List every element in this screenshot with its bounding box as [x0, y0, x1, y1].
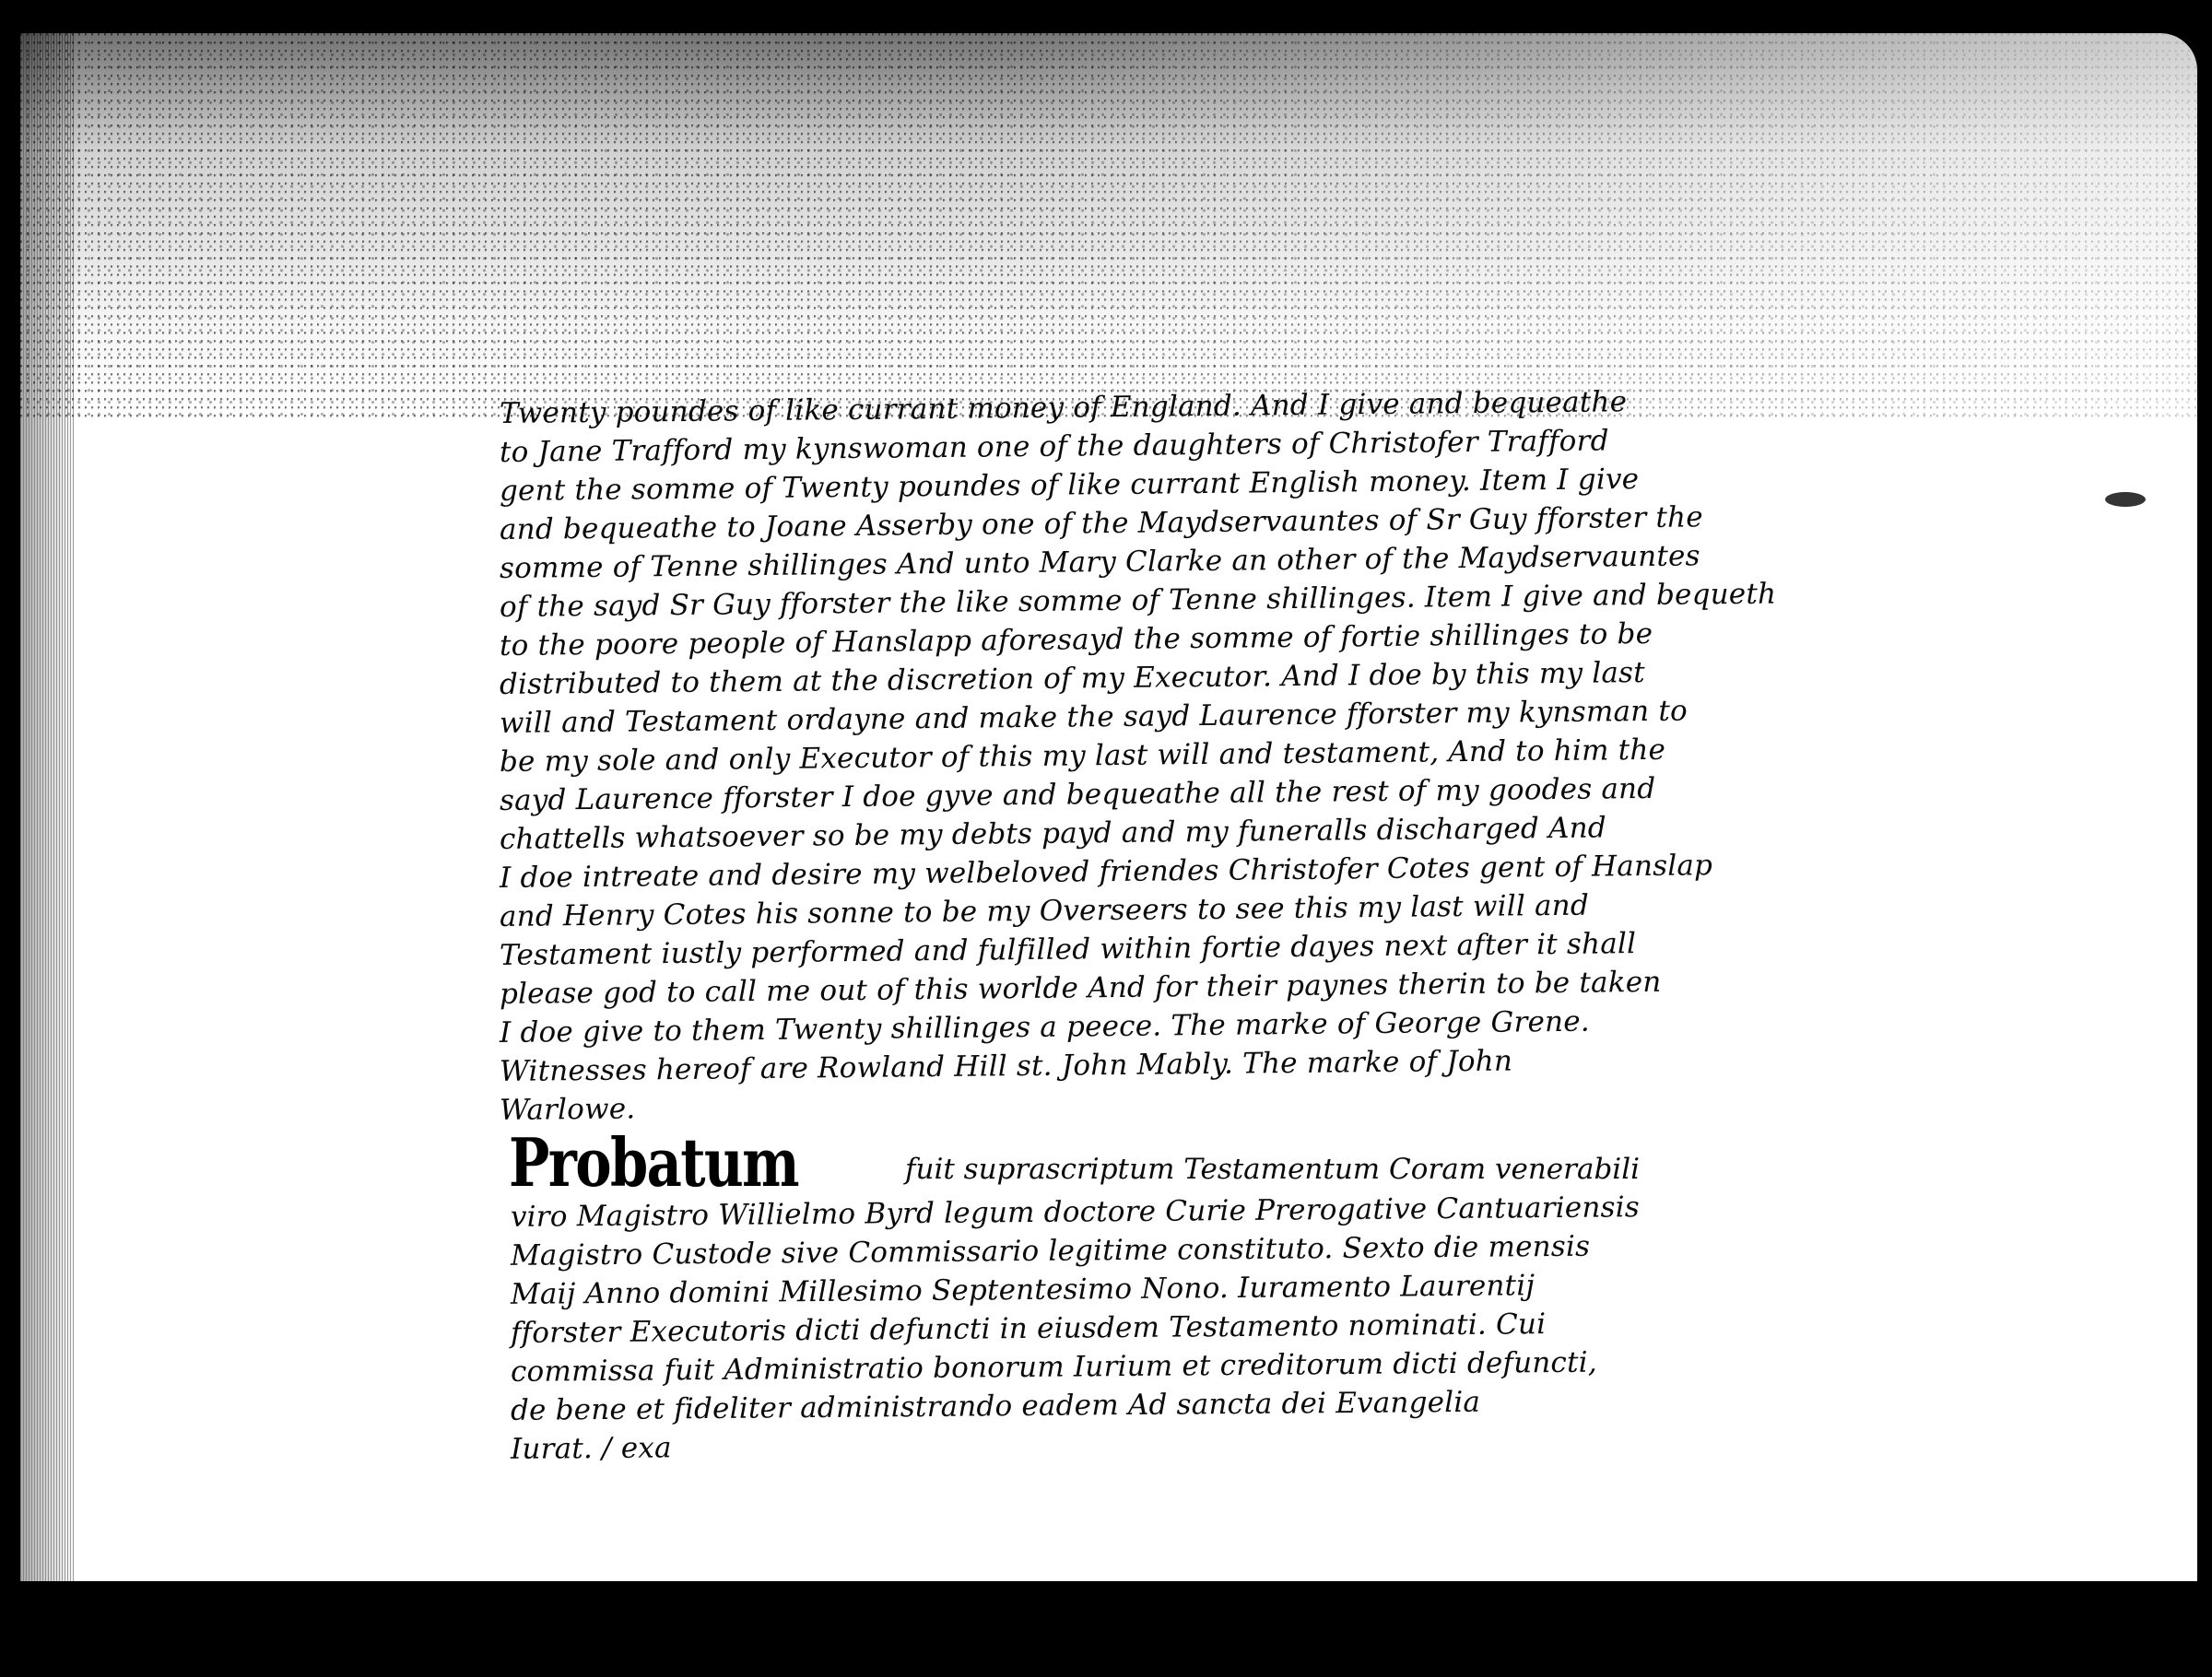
scan-noise-top-edge — [20, 33, 2197, 420]
scanned-document-image: Twenty poundes of like currant money of … — [0, 0, 2212, 1677]
manuscript-page: Twenty poundes of like currant money of … — [20, 33, 2197, 1581]
scan-noise-left-edge — [20, 33, 76, 1581]
probatum-heading: Probatum — [509, 1126, 798, 1200]
will-text-block: Twenty poundes of like currant money of … — [500, 394, 2030, 1469]
probate-clause: viro Magistro Willielmo Byrd legum docto… — [500, 1198, 2030, 1469]
probate-line: fuit suprascriptum Testamentum Coram ven… — [905, 1150, 1640, 1189]
ink-blot — [2105, 492, 2146, 507]
